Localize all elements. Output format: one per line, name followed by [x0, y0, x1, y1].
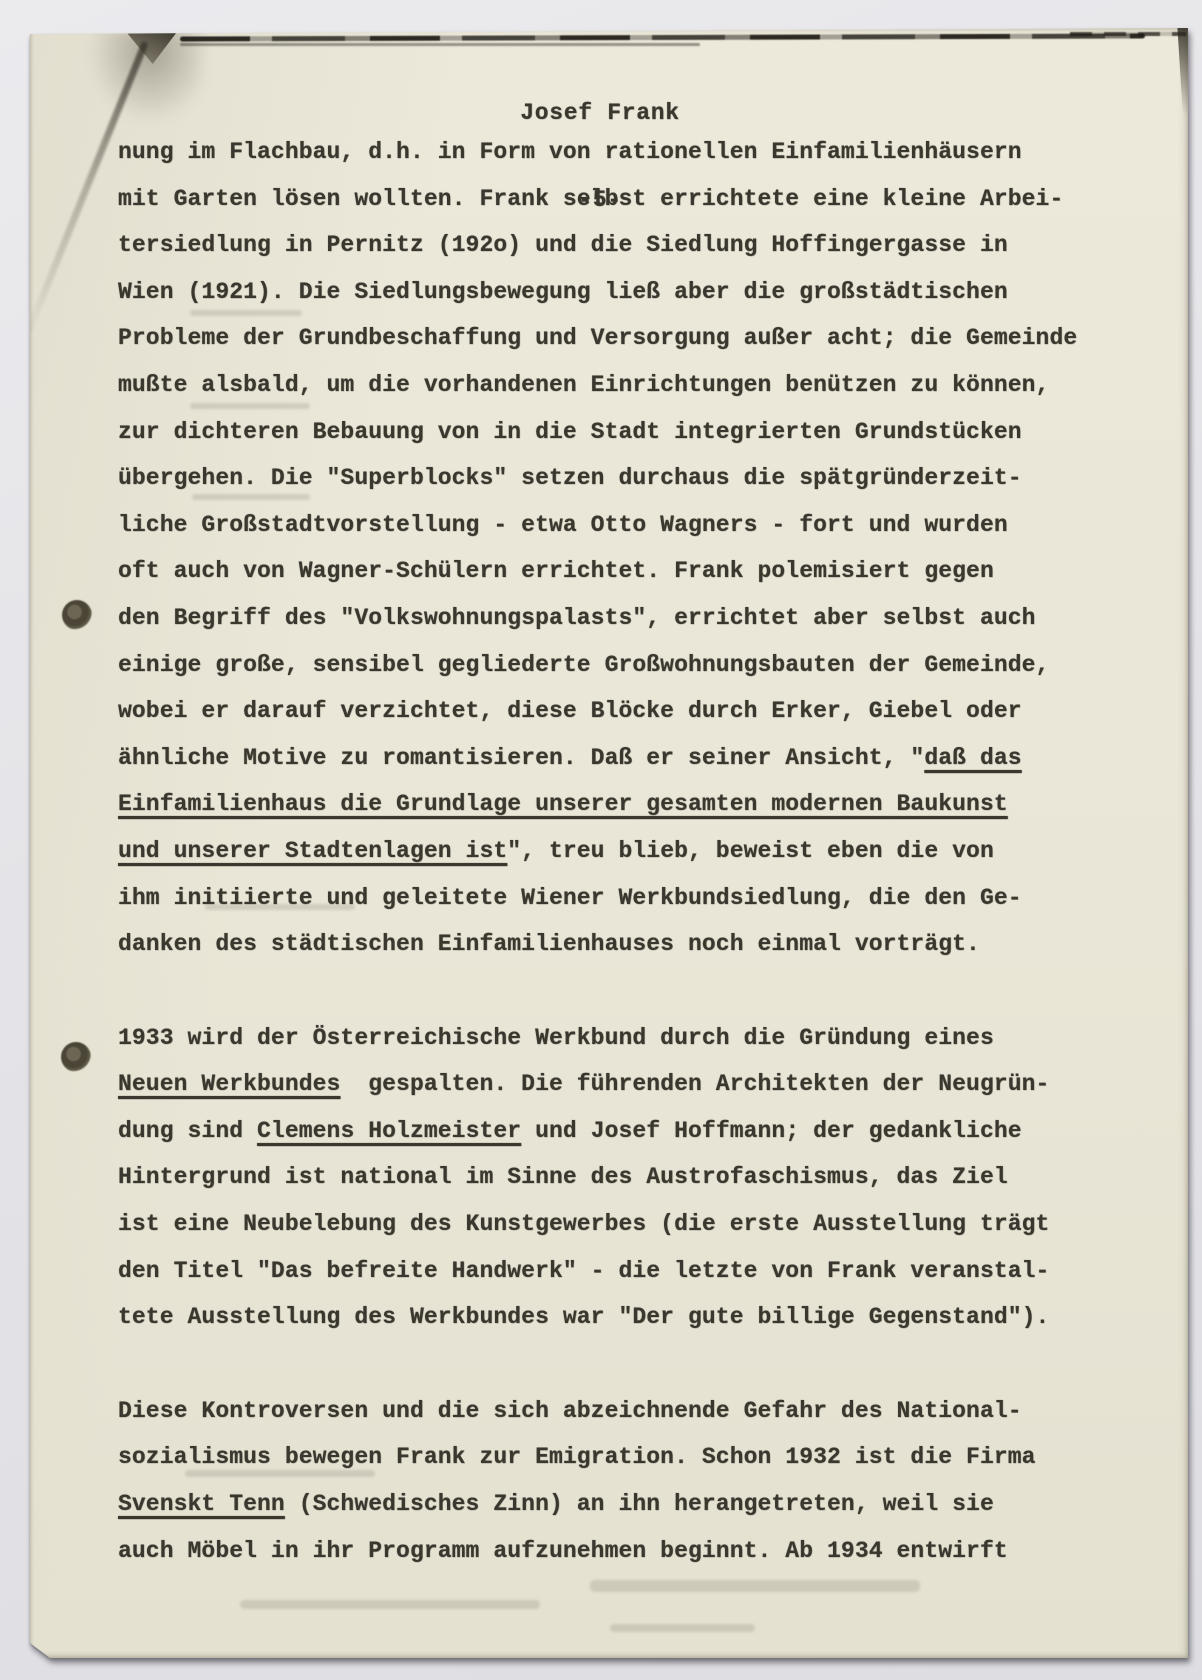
underlined-text: daß das — [924, 745, 1021, 771]
top-right-edge-smudge — [1163, 26, 1189, 138]
text-segment: ist eine Neubelebung des Kunstgewerbes (… — [118, 1211, 1049, 1237]
text-line: Probleme der Grundbeschaffung und Versor… — [118, 315, 1128, 362]
smudge — [590, 1580, 920, 1592]
page-title: Josef Frank — [460, 99, 740, 128]
text-line: einige große, sensibel gegliederte Großw… — [118, 642, 1128, 689]
text-segment: Wien (1921). Die Siedlungsbewegung ließ … — [118, 279, 1008, 305]
text-segment: ähnliche Motive zu romantisieren. Daß er… — [118, 745, 924, 771]
underlined-text: Einfamilienhaus die Grundlage unserer ge… — [118, 791, 1008, 817]
text-segment: gespalten. Die führenden Architekten der… — [340, 1071, 1049, 1097]
text-segment: sozialismus bewegen Frank zur Emigration… — [118, 1444, 1036, 1470]
text-line: auch Möbel in ihr Programm aufzunehmen b… — [118, 1528, 1128, 1575]
paper-sheet: Josef Frank -5- nung im Flachbau, d.h. i… — [30, 28, 1188, 1658]
text-line: Hintergrund ist national im Sinne des Au… — [118, 1154, 1128, 1201]
text-segment: danken des städtischen Einfamilienhauses… — [118, 931, 980, 957]
text-line: danken des städtischen Einfamilienhauses… — [118, 921, 1128, 968]
top-right-smudge-dashes — [1070, 32, 1186, 36]
text-segment: mit Garten lösen wollten. Frank selbst e… — [118, 186, 1063, 212]
text-segment: den Titel "Das befreite Handwerk" - die … — [118, 1258, 1049, 1284]
text-line: Wien (1921). Die Siedlungsbewegung ließ … — [118, 269, 1128, 316]
text-line: Diese Kontroversen und die sich abzeichn… — [118, 1388, 1128, 1435]
text-segment: auch Möbel in ihr Programm aufzunehmen b… — [118, 1538, 1008, 1564]
text-segment: (Schwedisches Zinn) an ihn herangetreten… — [285, 1491, 994, 1517]
text-segment: Probleme der Grundbeschaffung und Versor… — [118, 325, 1077, 351]
document-scan: Josef Frank -5- nung im Flachbau, d.h. i… — [0, 0, 1202, 1680]
text-line: wobei er darauf verzichtet, diese Blöcke… — [118, 688, 1128, 735]
paragraph: nung im Flachbau, d.h. in Form von ratio… — [118, 129, 1128, 968]
underlined-text: und unserer Stadtenlagen ist — [118, 838, 507, 864]
text-segment: den Begriff des "Volkswohnungspalasts", … — [118, 605, 1036, 631]
document-body: nung im Flachbau, d.h. in Form von ratio… — [118, 129, 1128, 1574]
text-segment: wobei er darauf verzichtet, diese Blöcke… — [118, 698, 1022, 724]
text-line: tersiedlung in Pernitz (192o) und die Si… — [118, 222, 1128, 269]
text-line: liche Großstadtvorstellung - etwa Otto W… — [118, 502, 1128, 549]
text-segment: einige große, sensibel gegliederte Großw… — [118, 652, 1049, 678]
text-segment: Diese Kontroversen und die sich abzeichn… — [118, 1398, 1022, 1424]
text-line: und unserer Stadtenlagen ist", treu blie… — [118, 828, 1128, 875]
text-line: dung sind Clemens Holzmeister und Josef … — [118, 1108, 1128, 1155]
text-line: ihm initiierte und geleitete Wiener Werk… — [118, 875, 1128, 922]
text-line: mußte alsbald, um die vorhandenen Einric… — [118, 362, 1128, 409]
text-segment: Hintergrund ist national im Sinne des Au… — [118, 1164, 1008, 1190]
text-segment: liche Großstadtvorstellung - etwa Otto W… — [118, 512, 1008, 538]
text-line: übergehen. Die "Superblocks" setzen durc… — [118, 455, 1128, 502]
text-segment: übergehen. Die "Superblocks" setzen durc… — [118, 465, 1022, 491]
text-segment: ihm initiierte und geleitete Wiener Werk… — [118, 885, 1022, 911]
text-segment: nung im Flachbau, d.h. in Form von ratio… — [118, 139, 1022, 165]
underlined-text: Neuen Werkbundes — [118, 1071, 340, 1097]
text-line: mit Garten lösen wollten. Frank selbst e… — [118, 176, 1128, 223]
hole-punch-mark — [61, 1042, 91, 1072]
underlined-text: Svenskt Tenn — [118, 1491, 285, 1517]
text-segment: dung sind — [118, 1118, 257, 1144]
text-line: ähnliche Motive zu romantisieren. Daß er… — [118, 735, 1128, 782]
text-line: nung im Flachbau, d.h. in Form von ratio… — [118, 129, 1128, 176]
paragraph: 1933 wird der Österreichische Werkbund d… — [118, 1015, 1128, 1341]
text-segment: oft auch von Wagner-Schülern errichtet. … — [118, 558, 994, 584]
text-segment: tete Ausstellung des Werkbundes war "Der… — [118, 1304, 1049, 1330]
text-segment: ", treu blieb, beweist eben die von — [507, 838, 994, 864]
text-line: den Begriff des "Volkswohnungspalasts", … — [118, 595, 1128, 642]
smudge — [610, 1624, 755, 1632]
text-segment: tersiedlung in Pernitz (192o) und die Si… — [118, 232, 1008, 258]
text-line: 1933 wird der Österreichische Werkbund d… — [118, 1015, 1128, 1062]
hole-punch-mark — [62, 600, 92, 630]
text-line: oft auch von Wagner-Schülern errichtet. … — [118, 548, 1128, 595]
text-segment: mußte alsbald, um die vorhandenen Einric… — [118, 372, 1049, 398]
text-line: den Titel "Das befreite Handwerk" - die … — [118, 1248, 1128, 1295]
text-line: sozialismus bewegen Frank zur Emigration… — [118, 1434, 1128, 1481]
text-line: Neuen Werkbundes gespalten. Die führende… — [118, 1061, 1128, 1108]
text-line: tete Ausstellung des Werkbundes war "Der… — [118, 1294, 1128, 1341]
text-line: zur dichteren Bebauung von in die Stadt … — [118, 409, 1128, 456]
text-segment: 1933 wird der Österreichische Werkbund d… — [118, 1025, 994, 1051]
text-line: Einfamilienhaus die Grundlage unserer ge… — [118, 781, 1128, 828]
text-segment: und Josef Hoffmann; der gedankliche — [521, 1118, 1021, 1144]
text-line: ist eine Neubelebung des Kunstgewerbes (… — [118, 1201, 1128, 1248]
smudge — [240, 1600, 540, 1609]
paragraph: Diese Kontroversen und die sich abzeichn… — [118, 1388, 1128, 1574]
underlined-text: Clemens Holzmeister — [257, 1118, 521, 1144]
text-line: Svenskt Tenn (Schwedisches Zinn) an ihn … — [118, 1481, 1128, 1528]
text-segment: zur dichteren Bebauung von in die Stadt … — [118, 419, 1022, 445]
